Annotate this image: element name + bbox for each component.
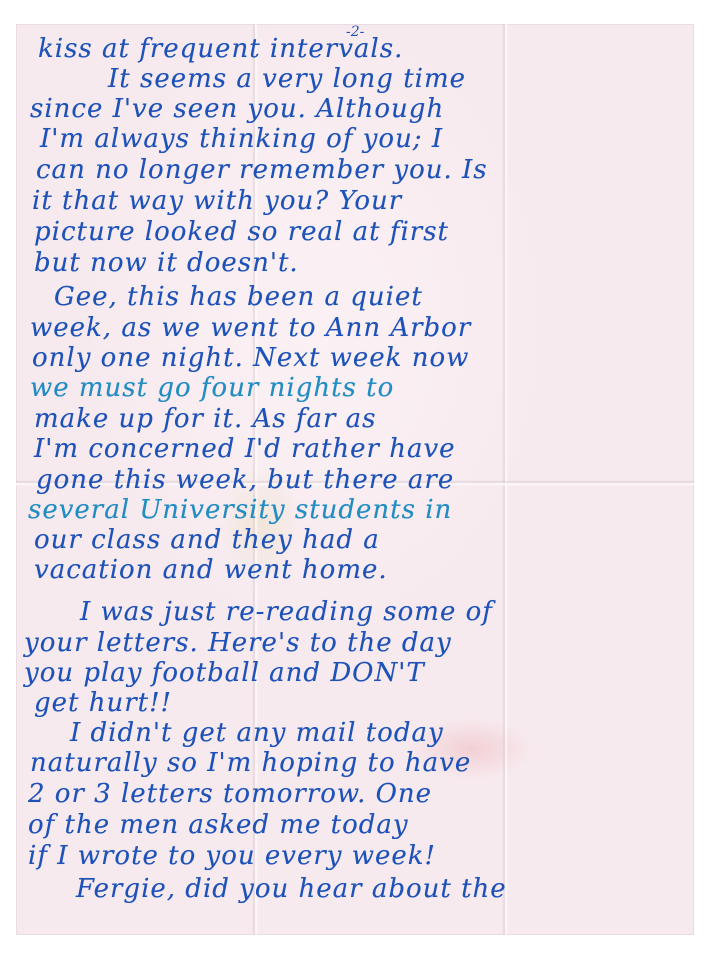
letter-line: our class and they had a [34, 525, 380, 555]
letter-line: gone this week, but there are [36, 465, 454, 495]
letter-line: It seems a very long time [108, 64, 466, 94]
letter-line: vacation and went home. [34, 555, 388, 585]
letter-line: only one night. Next week now [32, 343, 469, 373]
letter-line: I'm always thinking of you; I [40, 124, 443, 154]
letter-line: I didn't get any mail today [70, 718, 444, 748]
letter-line: 2 or 3 letters tomorrow. One [28, 779, 432, 809]
letter-line: your letters. Here's to the day [24, 628, 452, 658]
letter-line: Fergie, did you hear about the [76, 874, 507, 904]
letter-line: if I wrote to you every week! [28, 841, 436, 871]
letter-line: several University students in [28, 495, 452, 525]
fold-crease-vertical-right [502, 24, 508, 935]
letter-line: we must go four nights to [30, 373, 394, 403]
letter-line: but now it doesn't. [34, 248, 299, 278]
letter-line: get hurt!! [34, 688, 172, 718]
letter-line: make up for it. As far as [34, 404, 377, 434]
letter-line: I was just re-reading some of [80, 597, 493, 627]
letter-line: of the men asked me today [28, 810, 409, 840]
letter-line: since I've seen you. Although [30, 94, 444, 124]
letter-line: it that way with you? Your [32, 186, 402, 216]
letter-line: Gee, this has been a quiet [54, 282, 423, 312]
letter-line: can no longer remember you. Is [36, 155, 488, 185]
letter-line: week, as we went to Ann Arbor [30, 313, 471, 343]
letter-line: you play football and DON'T [24, 658, 425, 688]
letter-line: naturally so I'm hoping to have [30, 748, 471, 778]
letter-line: kiss at frequent intervals. [38, 34, 403, 64]
letter-page: -2- kiss at frequent intervals. It seems… [16, 24, 694, 935]
letter-line: picture looked so real at first [34, 217, 449, 247]
letter-line: I'm concerned I'd rather have [34, 434, 456, 464]
